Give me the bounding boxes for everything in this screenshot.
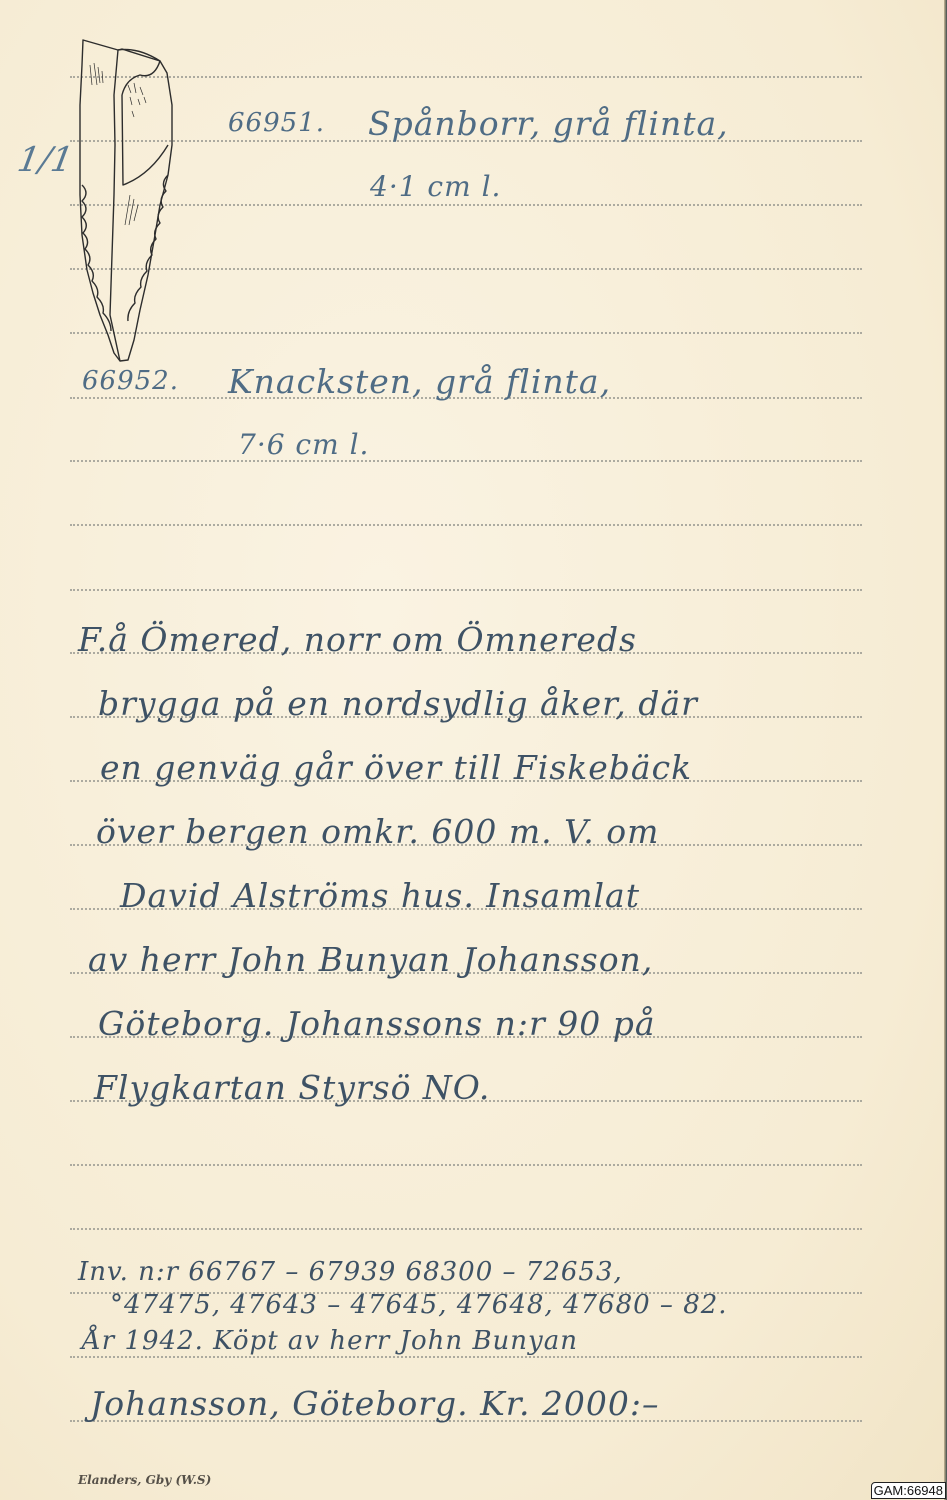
ruled-line — [70, 460, 862, 462]
findspot-line: brygga på en nordsydlig åker, där — [98, 684, 698, 723]
findspot-line: David Alströms hus. Insamlat — [120, 876, 640, 915]
entry-description: Spånborr, grå flinta, — [368, 104, 729, 143]
ruled-line — [70, 1164, 862, 1166]
findspot-line: en genväg går över till Fiskebäck — [100, 748, 692, 787]
findspot-line: Göteborg. Johanssons n:r 90 på — [98, 1004, 656, 1043]
catalog-id-label: GAM:66948 — [871, 1482, 946, 1499]
inventory-extra-numbers: °47475, 47643 – 47645, 47648, 47680 – 82… — [110, 1290, 728, 1320]
entry-measurement: 4·1 cm l. — [370, 170, 501, 203]
findspot-line: av herr John Bunyan Johansson, — [88, 940, 653, 979]
entry-measurement: 7·6 cm l. — [238, 428, 369, 461]
ruled-line — [70, 1228, 862, 1230]
findspot-line: över bergen omkr. 600 m. V. om — [96, 812, 659, 851]
acquisition-year-line: År 1942. Köpt av herr John Bunyan — [82, 1326, 578, 1356]
ruled-line — [70, 1356, 862, 1358]
catalog-number: 66952. — [82, 366, 179, 396]
catalog-number: 66951. — [228, 108, 325, 138]
ruled-line — [70, 524, 862, 526]
seller-price-line: Johansson, Göteborg. Kr. 2000:– — [90, 1384, 660, 1423]
ruled-line — [70, 589, 862, 591]
entry-description: Knacksten, grå flinta, — [228, 362, 611, 401]
flint-drill-drawing-icon — [60, 35, 200, 370]
inventory-numbers: Inv. n:r 66767 – 67939 68300 – 72653, — [78, 1257, 623, 1287]
findspot-line: Flygkartan Styrsö NO. — [94, 1068, 490, 1107]
printer-imprint: Elanders, Gby (W.S) — [78, 1473, 211, 1487]
findspot-line: F.å Ömered, norr om Ömnereds — [78, 620, 637, 659]
